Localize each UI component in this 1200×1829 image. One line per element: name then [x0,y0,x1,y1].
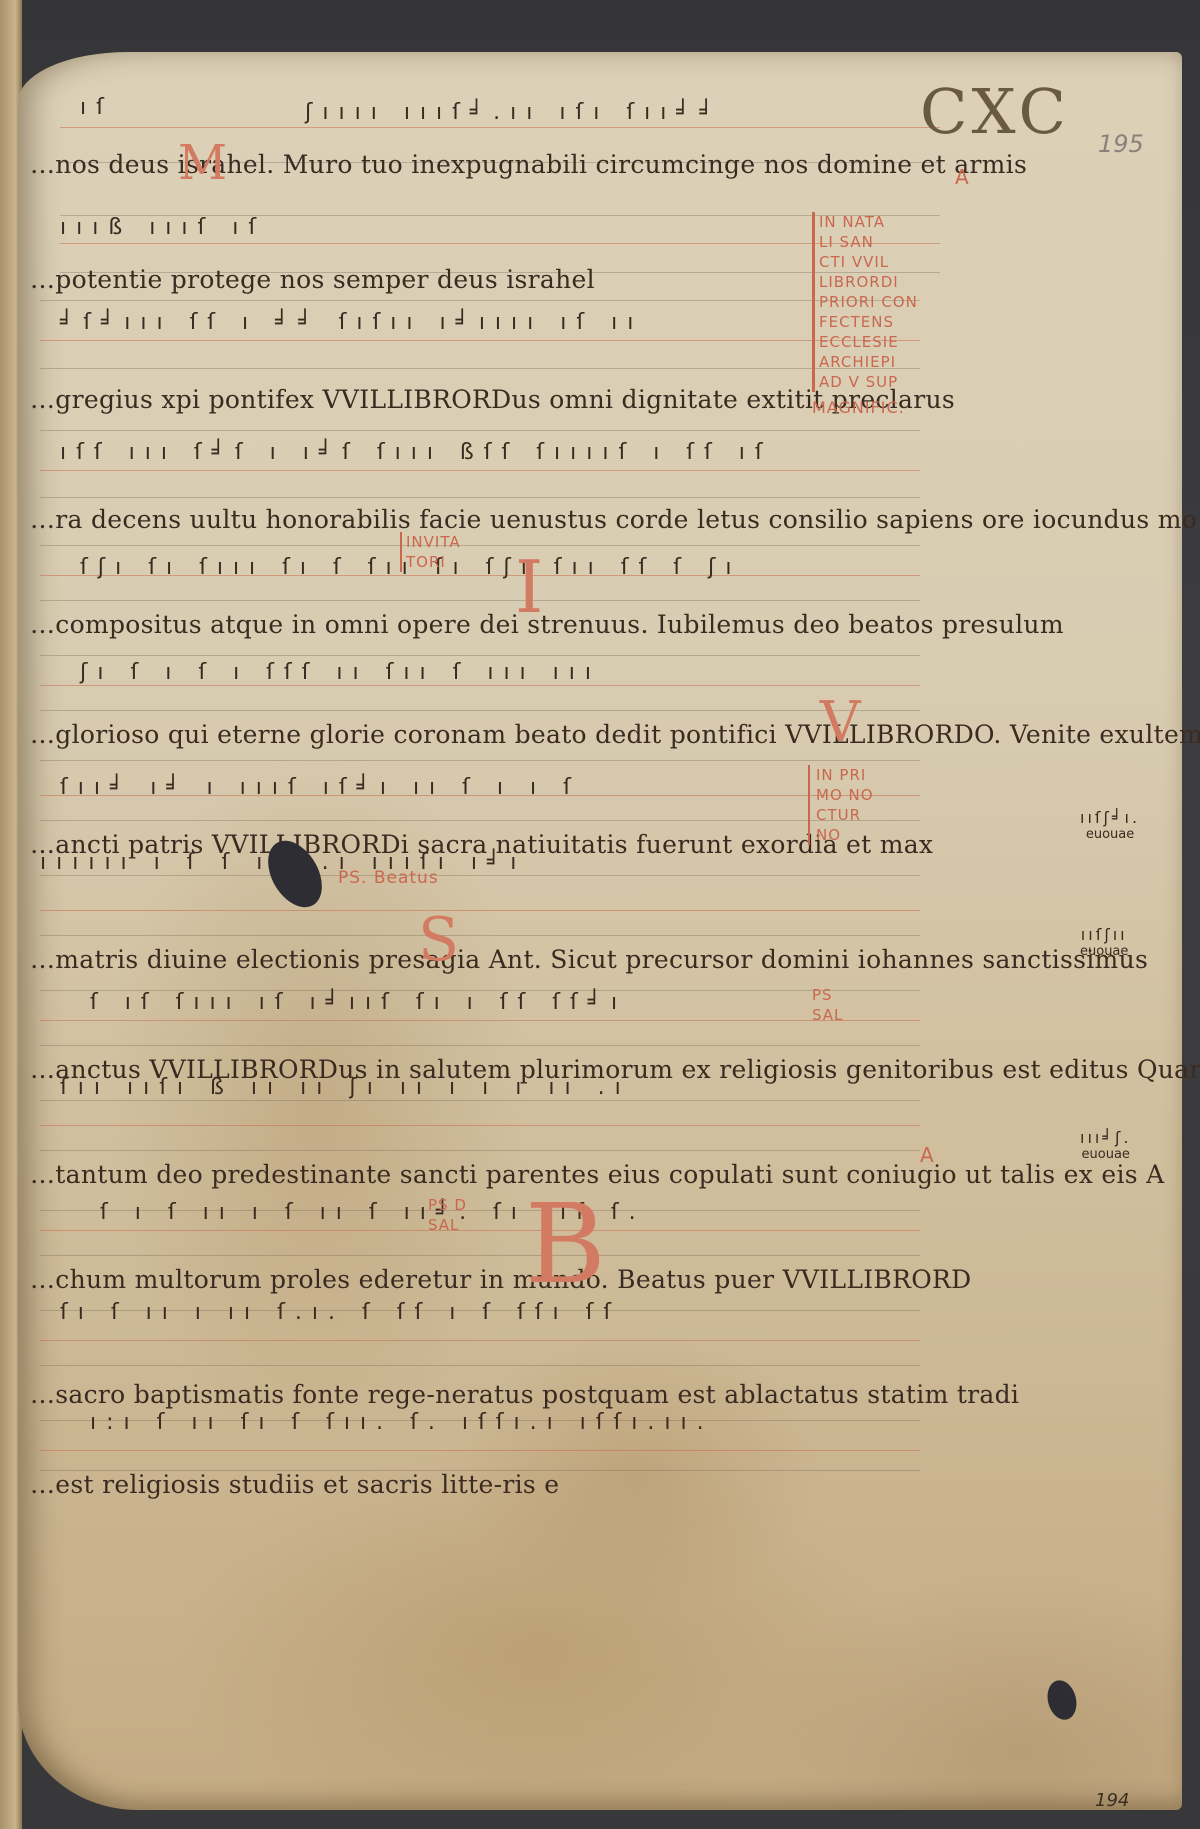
neume-row: ʃı ſ ı ſ ı ſſſ ıı ſıı ſ ııı ııı [80,660,601,685]
neume-row: ı:ı ſ ıı ſı ſ ſıı. ſ. ıſſı.ı ıſſı.ıı. [90,1410,714,1435]
neume-row: ſ ıſ ſııı ıſ ı╛ııſ ſı ı ſſ ſſ╛ı [90,990,627,1015]
folio-number-bottom: 194 [1095,1790,1129,1811]
neume-row: ıſ [80,95,114,120]
neume-row: ıſſ ııı ſ╛ſ ı ı╛ſ ſııı ßſſ ſııııſ ı ſſ ı… [60,440,773,465]
initial-B: B [525,1180,606,1308]
initial-S: S [418,905,459,975]
chant-text-line: …compositus atque in omni opere dei stre… [30,610,1064,639]
chant-text-line: …glorioso qui eterne glorie coronam beat… [30,720,1200,749]
differentia: ııſʃıı euouae [1080,925,1128,959]
invitatory-rubric: INVITA TORI [400,532,461,572]
nocturn-rubric: IN PRI MO NO CTUR NO [808,765,874,845]
folio-number-roman: CXC [920,75,1070,148]
folio-number-pencil: 195 [1098,130,1144,158]
chant-text-line: …potentie protege nos semper deus israhe… [30,265,595,294]
psalm-quare-rubric: PS SAL [812,985,843,1025]
chant-text-line: …anctus VVILLIBRORDus in salutem plurimo… [30,1055,1200,1084]
psalm-domine-rubric: PS D SAL [428,1195,467,1235]
chant-text-line: …ancti patris VVILLIBRORDi sacra natiuit… [30,830,933,859]
initial-I: I [515,545,543,629]
chant-text-line: …matris diuine electionis presagia Ant. … [30,945,1148,974]
initial-V: V [820,690,860,755]
chant-text-line: …ra decens uultu honorabilis facie uenus… [30,505,1197,534]
initial-M: M [178,135,227,191]
psalm-rubric: PS. Beatus [338,868,439,888]
neume-row: ıııß ıııſ ıſ [60,215,266,240]
chant-text-line: …est religiosis studiis et sacris litte-… [30,1470,559,1499]
antiphon-mark: A [955,167,970,187]
neume-row: ſıı╛ ı╛ ı ıııſ ıſ╛ı ıı ſ ı ı ſ [60,775,581,800]
chant-text-line: …chum multorum proles ederetur in mundo.… [30,1265,972,1294]
chant-text-line: …sacro baptismatis fonte rege-neratus po… [30,1380,1019,1409]
differentia: ııı╛ʃ. euouae [1080,1128,1131,1162]
office-heading-rubric: IN NATA LI SAN CTI VVIL LIBRORDI PRIORI … [812,212,918,392]
differentia: ııſʃ╛ı. euouae [1080,808,1140,842]
neume-row: ╛ſ╛ııı ſſ ı ╛╛ ſıſıı ı╛ıııı ıſ ıı [60,310,643,335]
neume-row: ʃıııı ıııſ╛.ıı ıſı ſıı╛╛ [305,100,723,125]
antiphon-mark: A [920,1145,935,1165]
magnificat-rubric: MAGNIFIC. [812,398,905,418]
